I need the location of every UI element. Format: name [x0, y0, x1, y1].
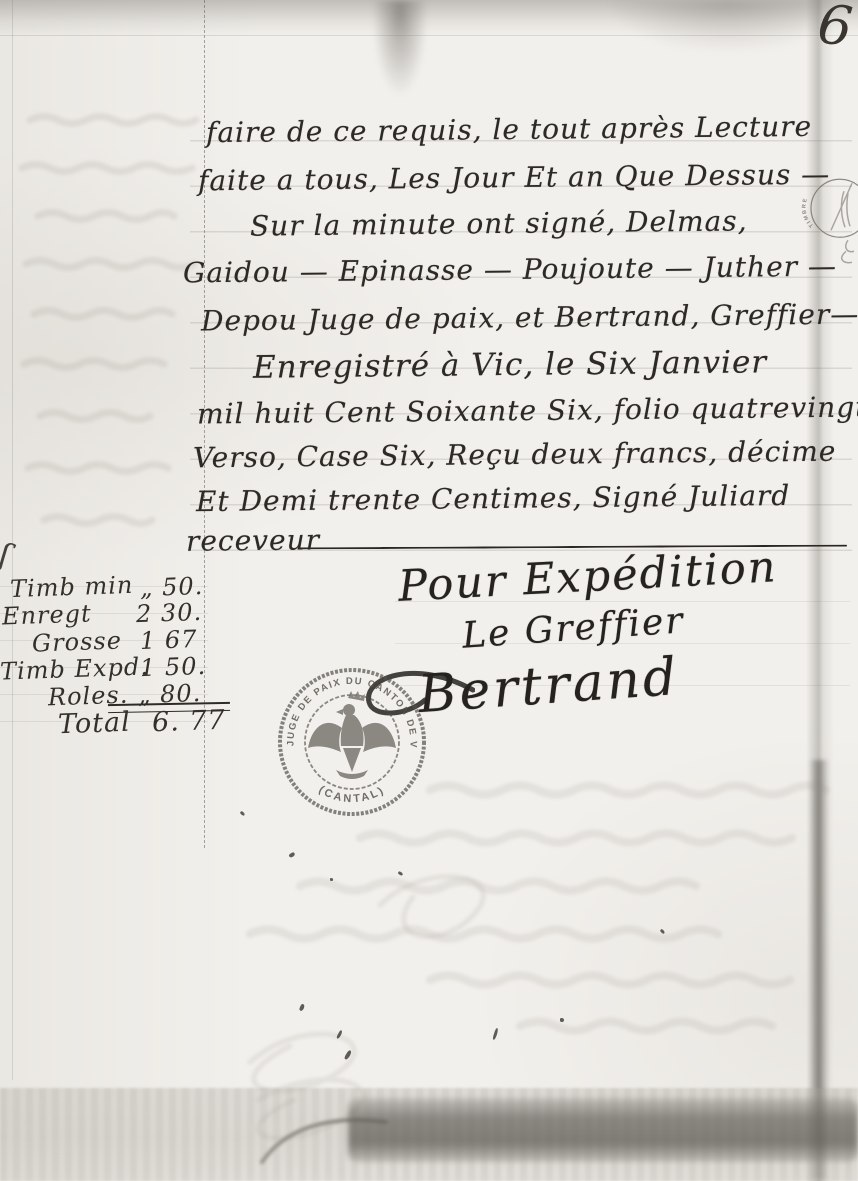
ink-speck [299, 1003, 306, 1011]
ink-speck [492, 1028, 499, 1040]
fee-label: Enregt [2, 599, 93, 630]
ink-speck [240, 811, 246, 817]
fee-value: 1 67 [140, 625, 198, 655]
ink-speck [344, 1050, 353, 1061]
svg-text:(CANTAL): (CANTAL) [316, 784, 387, 805]
ink-speck [560, 1018, 564, 1022]
bottom-shadow-band [348, 1098, 858, 1162]
top-fold-line [0, 35, 858, 36]
stamp-inner-ring [305, 695, 399, 789]
ink-speck [660, 929, 666, 935]
manuscript-line: Sur la minute ont signé, Delmas, [250, 204, 748, 242]
ink-speck [398, 871, 404, 876]
ink-speck [288, 852, 295, 858]
stamp-outer-ring [280, 670, 424, 814]
manuscript-line: faire de ce requis, le tout après Lectur… [206, 110, 812, 149]
manuscript-line: faite a tous, Les Jour Et an Que Dessus … [198, 158, 831, 198]
manuscript-line: Verso, Case Six, Reçu deux francs, décim… [193, 435, 837, 475]
fee-total-label: Total [57, 707, 131, 741]
fee-value: 2 30. [136, 598, 203, 628]
fee-total-value: 6. 77 [151, 705, 226, 739]
manuscript-line: Et Demi trente Centimes, Signé Juliard [196, 479, 791, 518]
stamp-bottom-text: (CANTAL) [316, 784, 387, 805]
manuscript-line: Enregistré à Vic, le Six Janvier [253, 344, 767, 385]
fee-value: 1 50. [140, 652, 207, 682]
page-number: 6 [815, 0, 856, 59]
fee-label: Timb min [10, 571, 134, 603]
manuscript-line: Depou Juge de paix, et Bertrand, Greffie… [201, 298, 858, 338]
ink-speck [330, 878, 333, 881]
scanned-document-page: 6 faire de ce requis, le tout après Lect… [0, 0, 858, 1181]
manuscript-line: Gaidou — Epinasse — Poujoute — Juther — [183, 250, 837, 290]
manuscript-line: receveur [186, 523, 320, 557]
ink-speck [336, 1030, 343, 1039]
manuscript-line: mil huit Cent Soixante Six, folio quatre… [197, 390, 858, 430]
imperial-eagle-icon [308, 691, 396, 779]
